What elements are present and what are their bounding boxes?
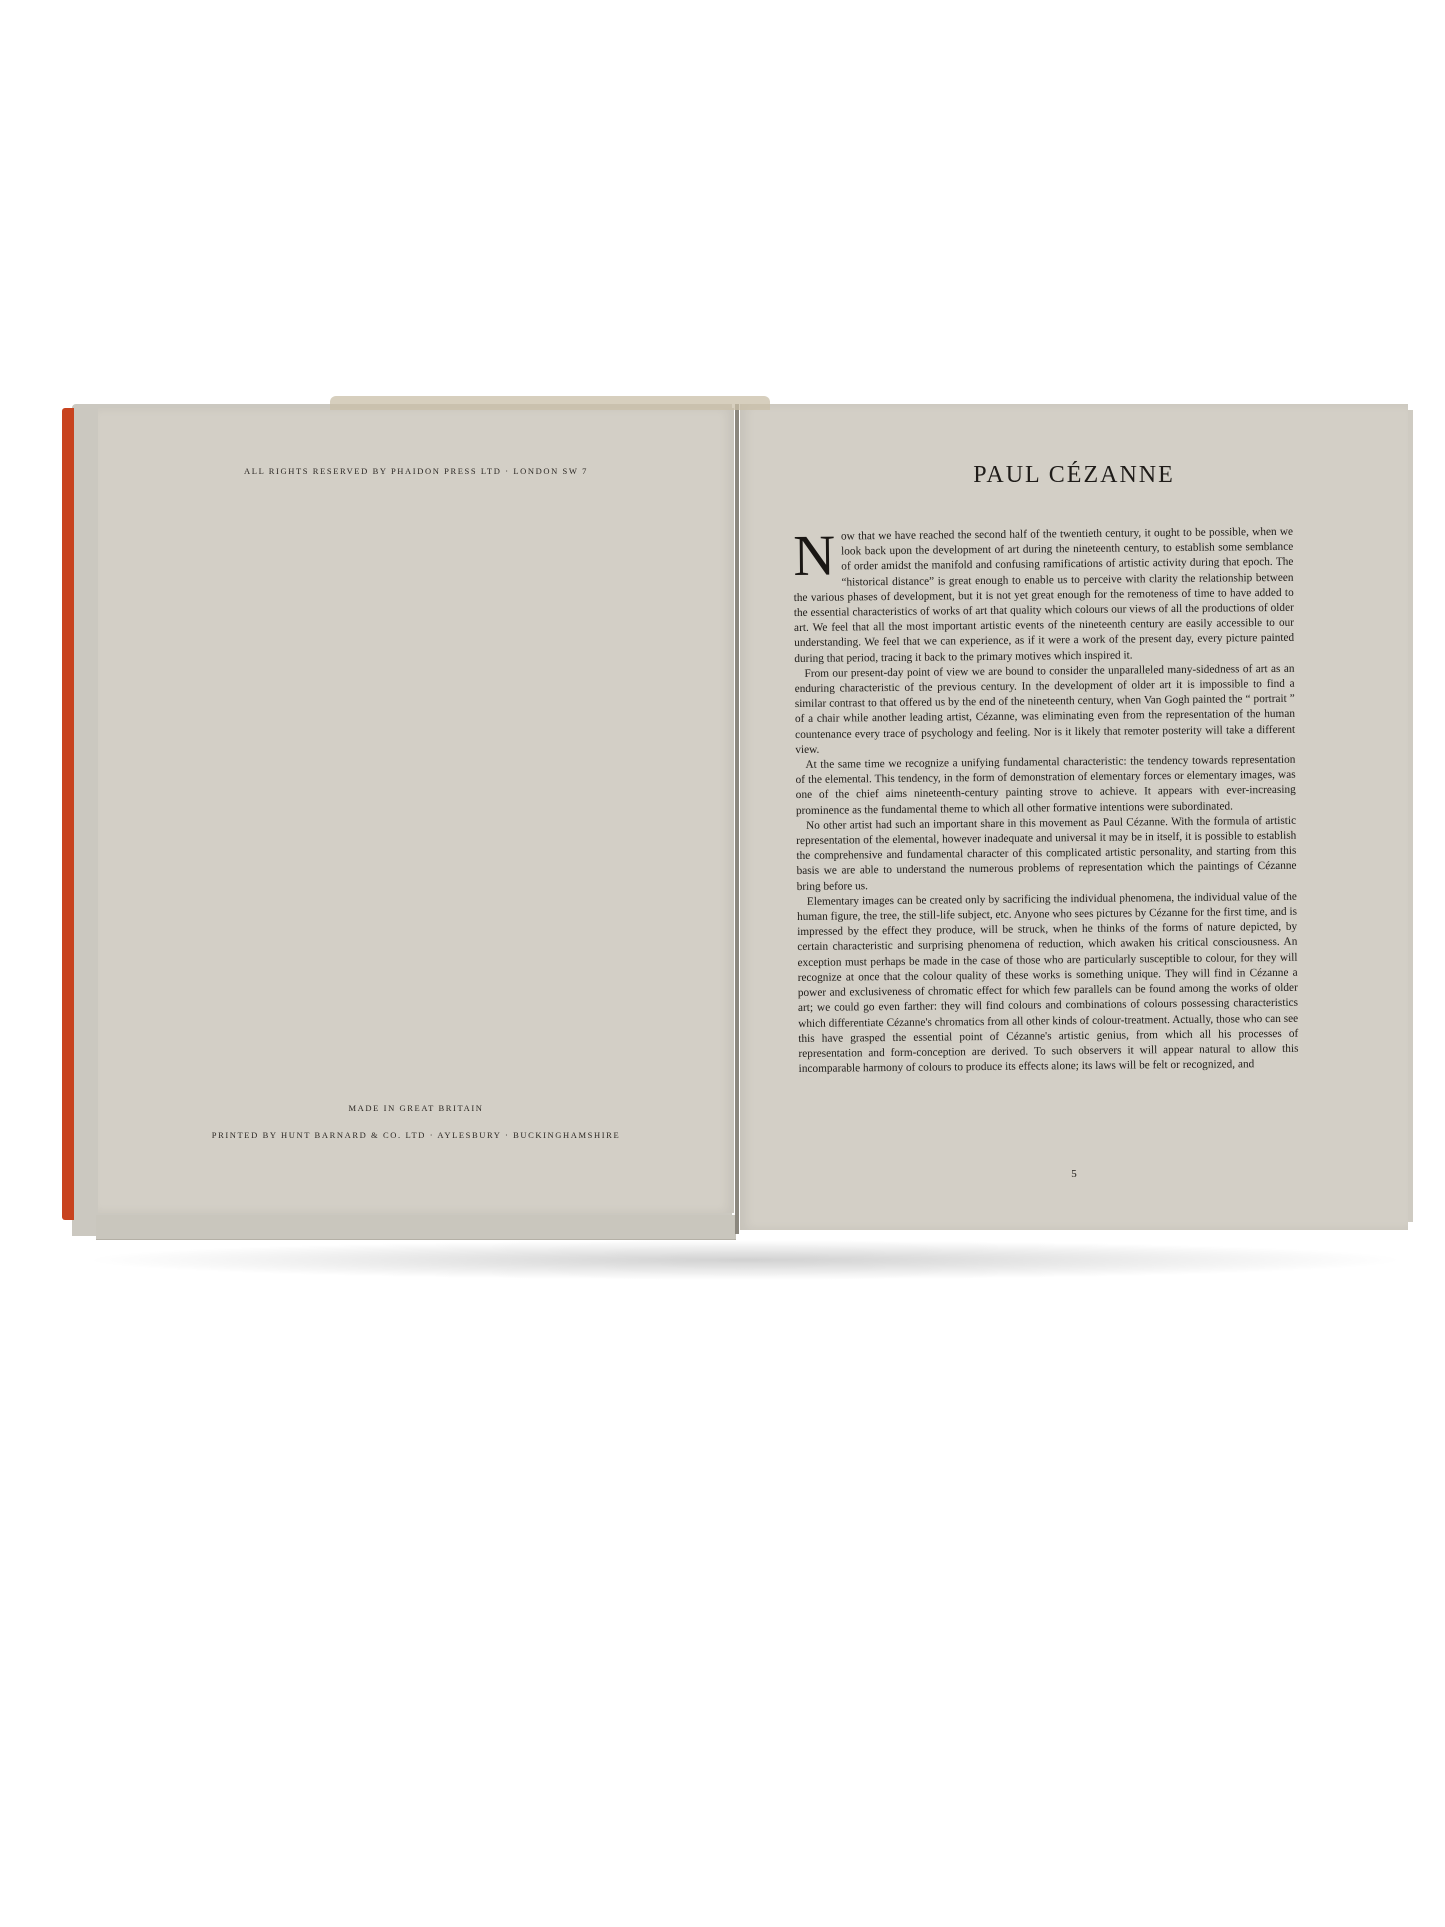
left-page-stack-edge (96, 1215, 736, 1240)
torn-paper-edge (330, 396, 770, 410)
paragraph: At the same time we recognize a unifying… (795, 753, 1296, 819)
paragraph: Elementary images can be created only by… (797, 890, 1299, 1078)
rights-notice: All rights reserved by Phaidon Press Ltd… (98, 466, 734, 476)
paragraph: From our present-day point of view we ar… (794, 662, 1295, 758)
page-title: PAUL CÉZANNE (740, 462, 1408, 489)
page-number: 5 (740, 1168, 1408, 1180)
paragraph-text: ow that we have reached the second half … (794, 526, 1295, 665)
book-shadow (80, 1240, 1410, 1280)
book-spine-gutter (735, 404, 739, 1234)
red-cover-edge (62, 408, 74, 1220)
open-book: All rights reserved by Phaidon Press Ltd… (0, 0, 1445, 1927)
made-in-notice: Made in Great Britain (98, 1103, 734, 1113)
paragraph: No other artist had such an important sh… (796, 814, 1297, 895)
paragraph: Now that we have reached the second half… (793, 525, 1294, 667)
left-page (98, 408, 734, 1213)
printer-notice: Printed by Hunt Barnard & Co. Ltd · Ayle… (98, 1130, 734, 1140)
body-text: Now that we have reached the second half… (793, 525, 1299, 1078)
drop-cap: N (793, 532, 835, 580)
